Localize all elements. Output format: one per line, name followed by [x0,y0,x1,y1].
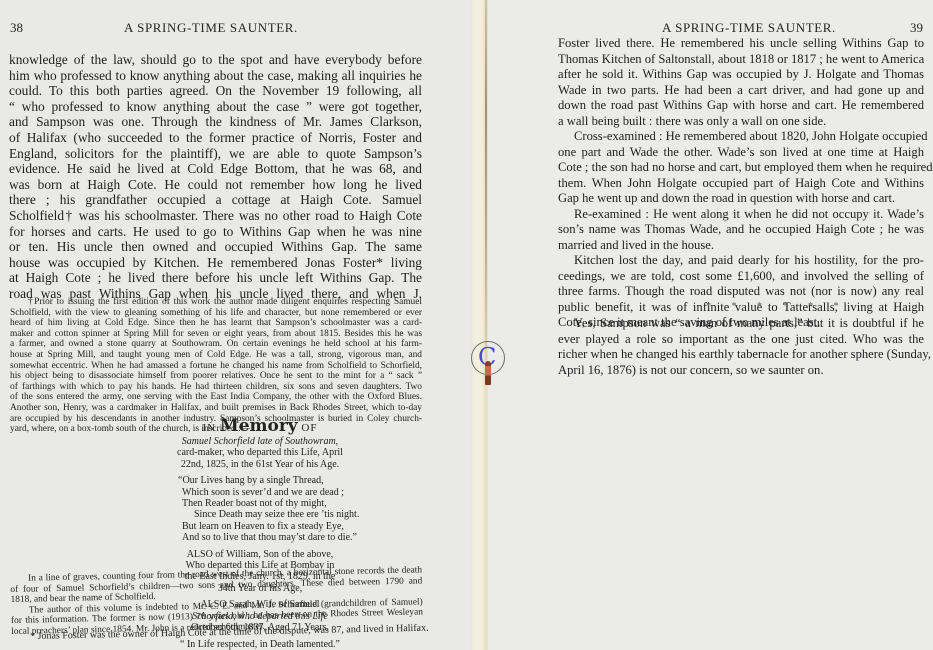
right-page-number: 39 [910,20,923,36]
text-line: after he sold it. Withins Gap was occupi… [558,67,924,83]
verse-line: But learn on Heaven to fix a steady Eye, [100,521,420,532]
footnote-line: somewhat eccentric. When he had amassed … [10,361,422,372]
text-line: could. To this both parties agreed. On t… [9,83,422,99]
left-page-number: 38 [10,20,23,36]
verse-line: And so to live that thou may’st dare to … [100,532,420,543]
footnote-line: †Prior to issuing the first edition of t… [10,297,422,308]
footnote-line: of the sons entered the army, one servin… [10,392,422,403]
text-line: Re-examined : He went along it when he d… [558,207,924,223]
footnote-line: maker and cotton spinner at Spring Mill … [10,329,422,340]
footnote-line: heard of him living at Cold Edge. Since … [10,318,422,329]
right-body-text: Foster lived there. He remembered his un… [558,36,924,331]
text-line: there ; his grandfather occupied a cotta… [9,192,422,208]
text-line: a wall being built : there was only a wa… [558,114,924,130]
text-line: Gap he went up and down the road in ques… [558,191,924,207]
right-body-text-final: Yes, Sampson was “ a man of many parts,”… [558,316,924,378]
left-running-head: A SPRING-TIME SAUNTER. [124,20,298,36]
footnote-line: Scholfield, with the view to gleaning so… [10,308,422,319]
text-line: down the road past Withins Gap with hors… [558,98,924,114]
text-line: them. When John Holgate occupied part of… [558,176,924,192]
text-line: Cote ; the son had no horse and cart, bu… [558,160,924,176]
text-line: one part and Wade the other. Wade’s son … [558,145,924,161]
text-line: son’s name was Thomas Wade, and he occup… [558,222,924,238]
text-line: married and lived in the house. [558,238,924,254]
text-line: ceedings, we are told, cost some £1,600,… [558,269,924,285]
text-line: richer when he changed his earthly taber… [558,347,924,363]
verse-line: Since Death may seize thee ere ’tis nigh… [100,509,420,520]
memorial-title: IN Memory OF [100,418,420,436]
left-page: 38 A SPRING-TIME SAUNTER. knowledge of t… [0,0,470,650]
footnote-line: house at Spring Mill, and taught young m… [10,350,422,361]
text-line: him who professed to know anything about… [9,68,422,84]
memorial-line: 22nd, 1825, in the 61st Year of his Age. [100,459,420,470]
text-line: evidence. He said he lived at Cold Edge … [9,161,422,177]
text-line: April 16, 1876) is not our concern, so w… [558,363,924,379]
verse-line: “Our Lives hang by a single Thread, [100,475,420,486]
book-spread: 38 A SPRING-TIME SAUNTER. knowledge of t… [0,0,933,650]
verse-line: Which soon is sever’d and we are dead ; [100,487,420,498]
right-running-head: A SPRING-TIME SAUNTER. [662,20,836,36]
text-line: Wade in two parts. He had been a cart dr… [558,83,924,99]
text-line: of Halifax (who succeeded to the former … [9,130,422,146]
left-body-text: knowledge of the law, should go to the s… [9,52,422,302]
verse-line: Then Reader boast not of thy might, [100,498,420,509]
text-line: “ who professed to know anything about t… [9,99,422,115]
figure-icon [485,361,491,385]
text-line: Scholfield† was his schoolmaster. There … [9,208,422,224]
text-line: was born at Haigh Cote. He could not rem… [9,177,422,193]
section-break: * * * * * * [706,301,848,312]
footnote-line: a farmer, and owned a stone quarry at So… [10,339,422,350]
footnote-line: his object being to disassociate himself… [10,371,422,382]
text-line: house was occupied by Kitchen. He rememb… [9,255,422,271]
text-line: three farms. Though the road disputed wa… [558,284,924,300]
text-line: for horses and carts. He used to go to W… [9,224,422,240]
text-line: or ten. His uncle then owned and occupie… [9,239,422,255]
memorial-closing: “ In Life respected, in Death lamented.” [100,639,420,650]
memorial-line: Samuel Schorfield late of Southowram, [100,436,420,447]
spine-crease [485,0,487,360]
text-line: knowledge of the law, should go to the s… [9,52,422,68]
footnote-dagger: †Prior to issuing the first edition of t… [10,297,422,435]
text-line: ever played a role so important as the o… [558,332,924,348]
text-line: Thomas Kitchen of Saltonstall, about 181… [558,52,924,68]
memorial-line: ALSO of William, Son of the above, [100,549,420,560]
text-line: Kitchen lost the day, and paid dearly fo… [558,253,924,269]
right-page: A SPRING-TIME SAUNTER. 39 Foster lived t… [488,0,933,650]
text-line: Foster lived there. He remembered his un… [558,36,924,52]
memorial-line: card-maker, who departed this Life, Apri… [100,447,420,458]
text-line: England, solicitors for the plaintiff), … [9,146,422,162]
text-line: Cross-examined : He remembered about 182… [558,129,924,145]
text-line: and Sampson was one. Through the kindnes… [9,114,422,130]
text-line: at Haigh Cote ; he lived there before hi… [9,270,422,286]
copyright-c-logo-icon: C [471,341,505,375]
text-line: Yes, Sampson was “ a man of many parts,”… [558,316,924,332]
footnote-line: of farthings with which to pay his hands… [10,382,422,393]
footnote-line: Another son, Henry, was a cardmaker in H… [10,403,422,414]
